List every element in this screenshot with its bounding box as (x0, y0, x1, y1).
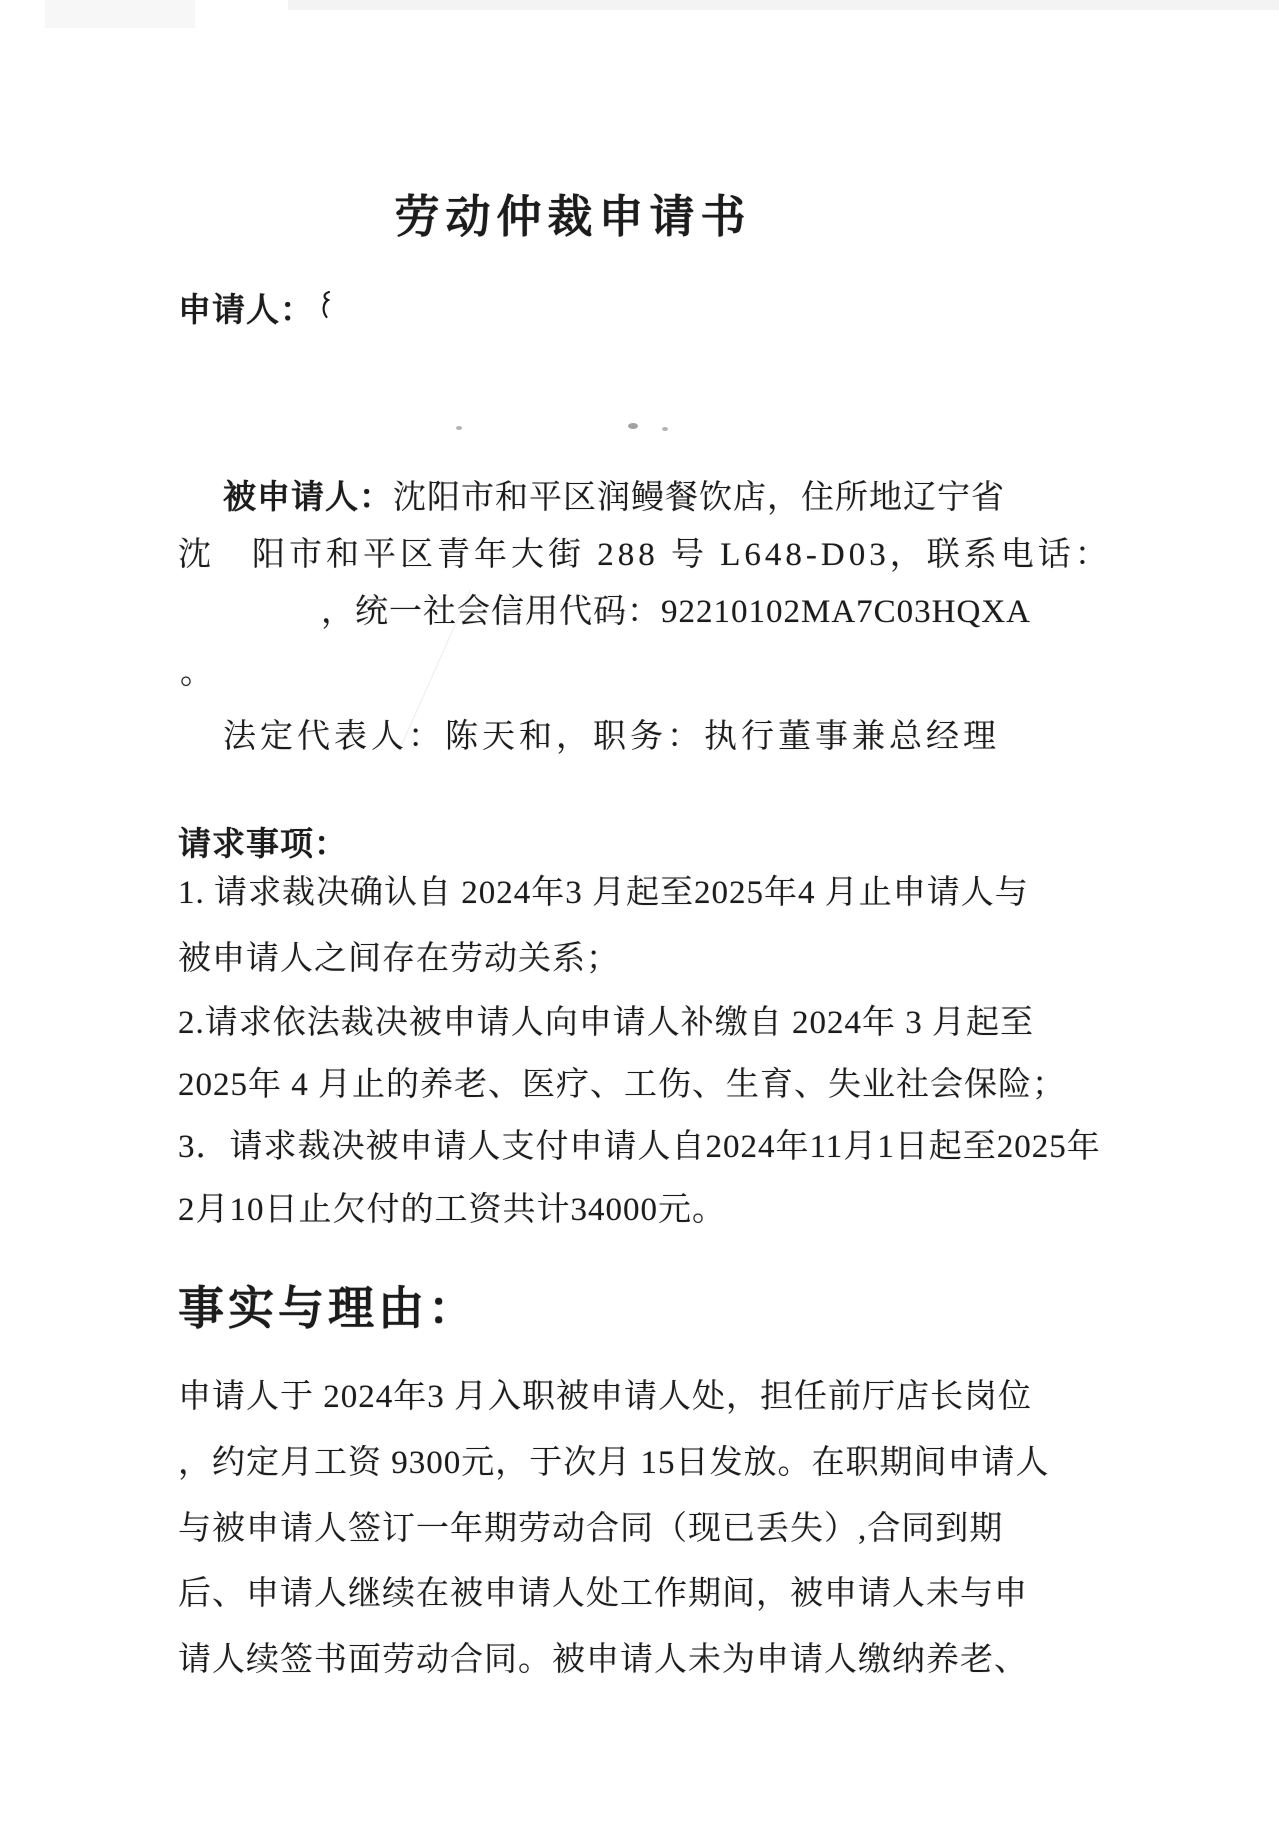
facts-line: 请人续签书面劳动合同。被申请人未为申请人缴纳养老、 (178, 1633, 1028, 1680)
redacted-name-mark (320, 290, 333, 329)
claim-line: 2.请求依法裁决被申请人向申请人补缴自 2024年 3 月起至 (178, 996, 1034, 1043)
scanned-document-page: 劳动仲裁申请书 申请人： 被申请人：沈阳市和平区润鳗餐饮店，住所地辽宁省 沈 阳… (0, 0, 1279, 1826)
applicant-label: 申请人： (178, 284, 314, 331)
claim-line: 1. 请求裁决确认自 2024年3 月起至2025年4 月止申请人与 (178, 866, 1029, 913)
respondent-line-3: ，统一社会信用代码：92210102MA7C03HQXA (321, 585, 1031, 632)
respondent-line-2: 沈 阳市和平区青年大街 288 号 L648-D03，联系电话： (178, 528, 1112, 575)
facts-line: ，约定月工资 9300元，于次月 15日发放。在职期间申请人 (178, 1436, 1050, 1483)
scan-artifact-dot (662, 427, 668, 431)
claim-line: 3．请求裁决被申请人支付申请人自2024年11月1日起至2025年 (178, 1120, 1101, 1167)
claim-line: 被申请人之间存在劳动关系； (178, 932, 620, 979)
facts-line: 申请人于 2024年3 月入职被申请人处，担任前厅店长岗位 (178, 1370, 1032, 1417)
claims-heading: 请求事项： (178, 818, 348, 865)
respondent-line-4: 。 (180, 646, 214, 693)
applicant-line: 申请人： (178, 284, 333, 331)
respondent-line-1: 被申请人：沈阳市和平区润鳗餐饮店，住所地辽宁省 (223, 471, 1005, 518)
scan-corner-patch (45, 0, 195, 28)
scan-artifact-dot (456, 426, 462, 430)
scan-edge-band (288, 0, 1279, 10)
claim-line: 2025年 4 月止的养老、医疗、工伤、生育、失业社会保险； (178, 1058, 1066, 1105)
document-title: 劳动仲裁申请书 (178, 180, 968, 245)
facts-line: 后、申请人继续在被申请人处工作期间，被申请人未与申 (178, 1567, 1028, 1614)
facts-heading: 事实与理由： (178, 1272, 478, 1338)
legal-representative-line: 法定代表人：陈天和，职务：执行董事兼总经理 (223, 710, 1000, 757)
respondent-label: 被申请人： (223, 480, 393, 516)
respondent-line-1-text: 沈阳市和平区润鳗餐饮店，住所地辽宁省 (393, 480, 1005, 516)
facts-line: 与被申请人签订一年期劳动合同（现已丢失）,合同到期 (178, 1502, 1003, 1549)
scan-artifact-dot (628, 423, 638, 429)
claim-line: 2月10日止欠付的工资共计34000元。 (178, 1183, 726, 1230)
